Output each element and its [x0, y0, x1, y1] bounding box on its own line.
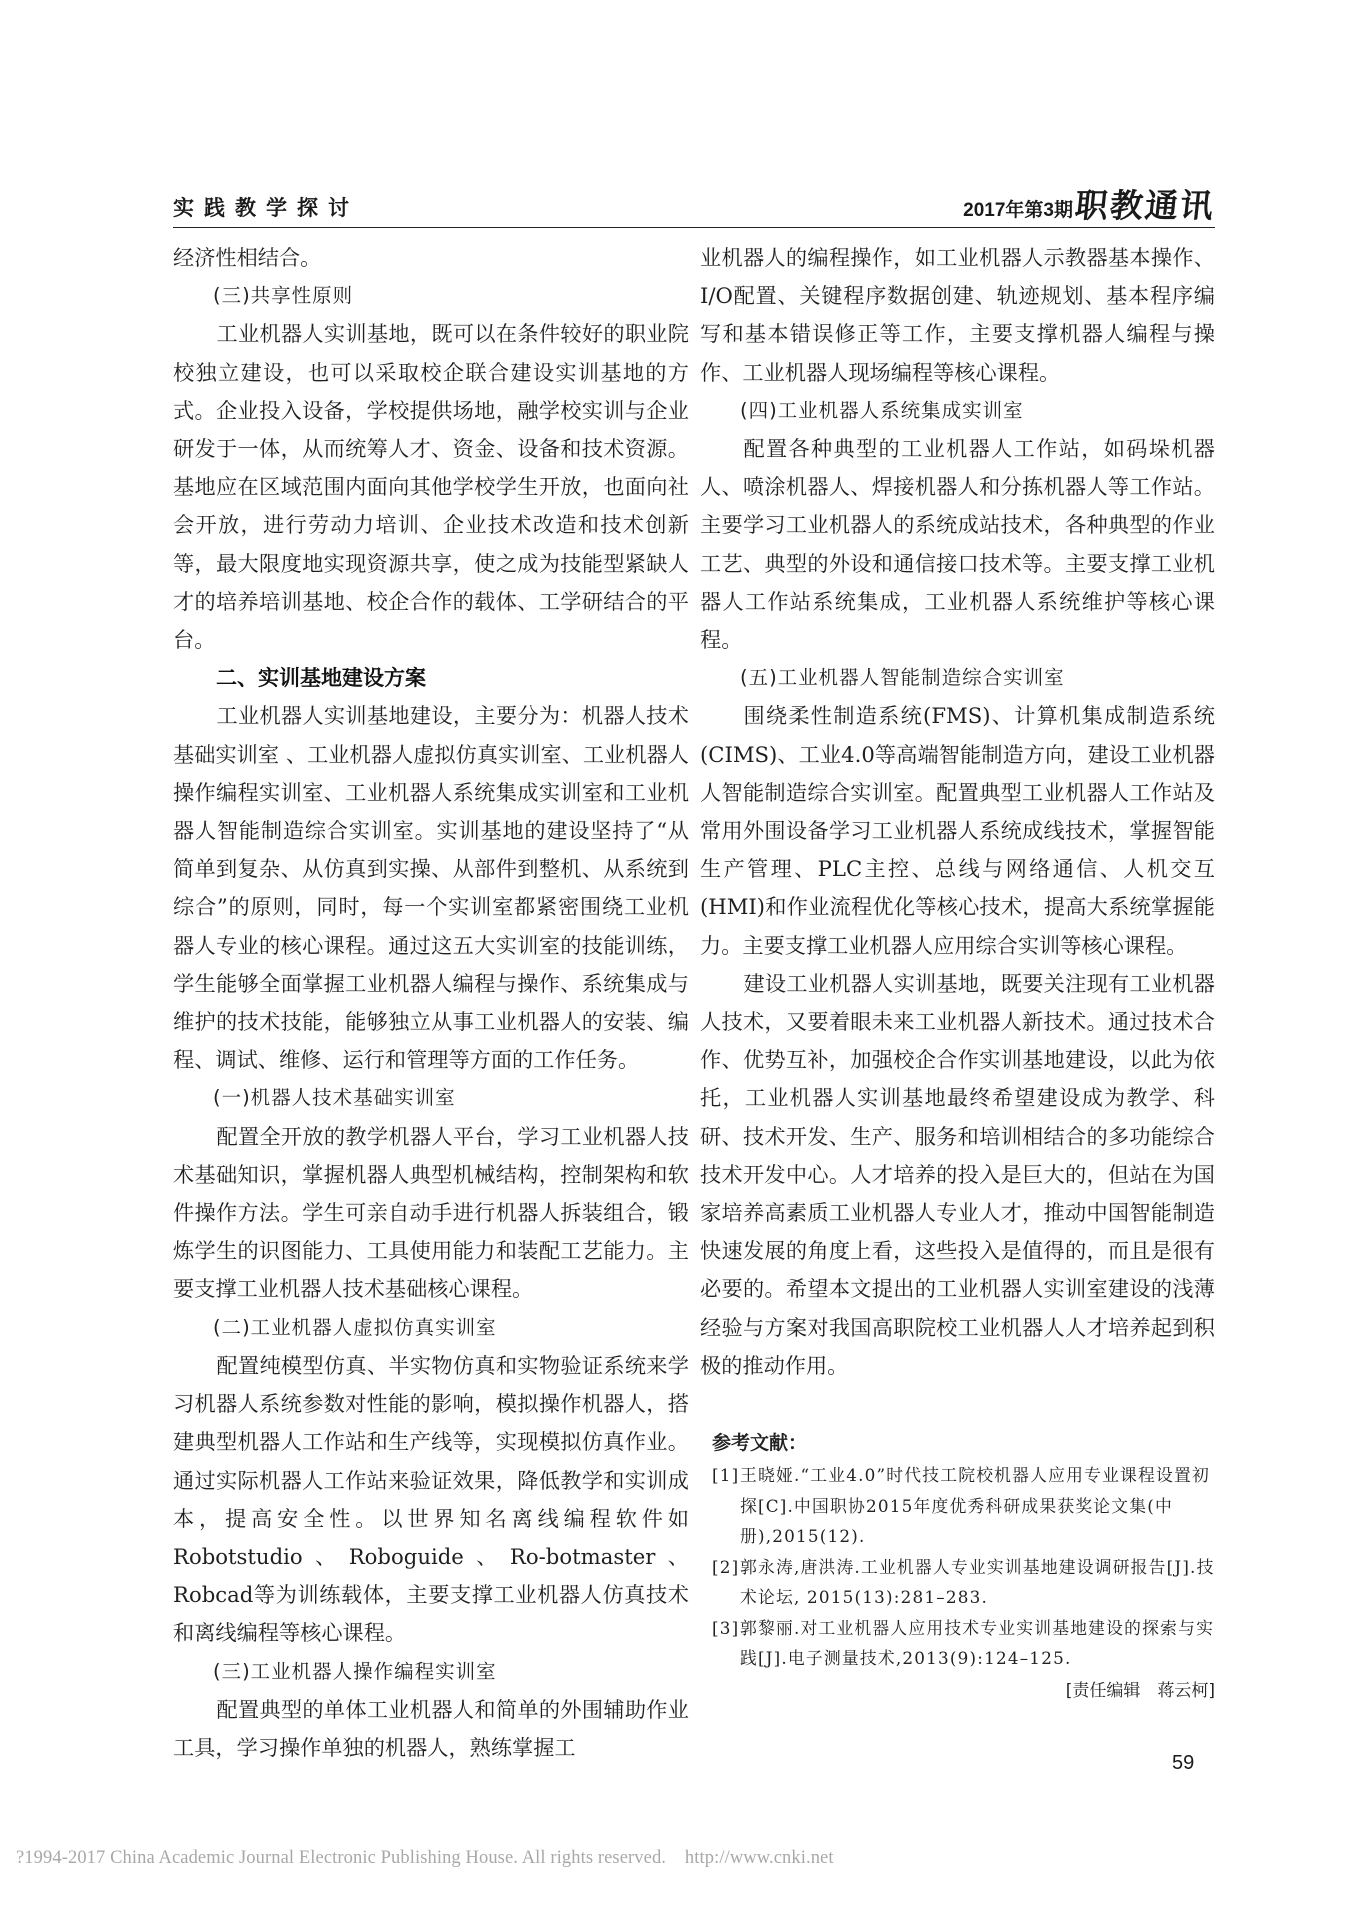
issue-info: 2017年第3期 职教通讯 [963, 188, 1215, 224]
subheading-lab5: (五)工业机器人智能制造综合实训室 [700, 659, 1215, 697]
subheading-shared-principle: (三)共享性原则 [173, 277, 689, 315]
paragraph: 配置典型的单体工业机器人和简单的外围辅助作业工具，学习操作单独的机器人，熟练掌握… [173, 1691, 689, 1767]
paragraph: 经济性相结合。 [173, 239, 689, 277]
copyright-notice: ?1994-2017 China Academic Journal Electr… [16, 1848, 834, 1869]
references: 参考文献： [1] 王晓娅.“工业4.0”时代技工院校机器人应用专业课程设置初探… [712, 1428, 1215, 1706]
right-column: 业机器人的编程操作，如工业机器人示教器基本操作、I/O配置、关键程序数据创建、轨… [700, 239, 1215, 1385]
section-name: 实践教学探讨 [173, 192, 359, 222]
responsible-editor: [责任编辑 蒋云柯] [712, 1676, 1215, 1706]
issue-number: 2017年第3期 [963, 195, 1073, 224]
subheading-lab1: (一)机器人技术基础实训室 [173, 1079, 689, 1117]
subheading-lab4: (四)工业机器人系统集成实训室 [700, 392, 1215, 430]
paragraph: 工业机器人实训基地，既可以在条件较好的职业院校独立建设，也可以采取校企联合建设实… [173, 315, 689, 659]
paragraph: 工业机器人实训基地建设，主要分为：机器人技术基础实训室 、工业机器人虚拟仿真实训… [173, 697, 689, 1079]
running-header: 实践教学探讨 2017年第3期 职教通讯 [173, 192, 1215, 226]
reference-item: [3] 郭黎丽.对工业机器人应用技术专业实训基地建设的探索与实践[J].电子测量… [712, 1613, 1215, 1674]
paragraph: 配置全开放的教学机器人平台，学习工业机器人技术基础知识，掌握机器人典型机械结构，… [173, 1118, 689, 1309]
reference-number: [3] [712, 1613, 740, 1674]
reference-text: 郭永涛,唐洪涛.工业机器人专业实训基地建设调研报告[J].技术论坛, 2015(… [740, 1552, 1215, 1613]
reference-text: 郭黎丽.对工业机器人应用技术专业实训基地建设的探索与实践[J].电子测量技术,2… [740, 1613, 1215, 1674]
journal-page: 实践教学探讨 2017年第3期 职教通讯 经济性相结合。 (三)共享性原则 工业… [0, 0, 1361, 1909]
paragraph: 配置各种典型的工业机器人工作站，如码垛机器人、喷涂机器人、焊接机器人和分拣机器人… [700, 430, 1215, 659]
subheading-lab3: (三)工业机器人操作编程实训室 [173, 1653, 689, 1691]
paragraph: 配置纯模型仿真、半实物仿真和实物验证系统来学习机器人系统参数对性能的影响，模拟操… [173, 1347, 689, 1653]
paragraph: 建设工业机器人实训基地，既要关注现有工业机器人技术，又要着眼未来工业机器人新技术… [700, 965, 1215, 1385]
journal-logo: 职教通讯 [1073, 188, 1217, 224]
subheading-lab2: (二)工业机器人虚拟仿真实训室 [173, 1309, 689, 1347]
left-column: 经济性相结合。 (三)共享性原则 工业机器人实训基地，既可以在条件较好的职业院校… [173, 239, 689, 1767]
reference-number: [2] [712, 1552, 740, 1613]
reference-number: [1] [712, 1460, 740, 1552]
reference-item: [1] 王晓娅.“工业4.0”时代技工院校机器人应用专业课程设置初探[C].中国… [712, 1460, 1215, 1552]
paragraph: 业机器人的编程操作，如工业机器人示教器基本操作、I/O配置、关键程序数据创建、轨… [700, 239, 1215, 392]
page-number: 59 [1172, 1752, 1194, 1775]
paragraph: 围绕柔性制造系统(FMS)、计算机集成制造系统(CIMS)、工业4.0等高端智能… [700, 697, 1215, 964]
reference-item: [2] 郭永涛,唐洪涛.工业机器人专业实训基地建设调研报告[J].技术论坛, 2… [712, 1552, 1215, 1613]
references-title: 参考文献： [712, 1428, 1215, 1458]
header-divider [173, 227, 1215, 228]
reference-text: 王晓娅.“工业4.0”时代技工院校机器人应用专业课程设置初探[C].中国职协20… [740, 1460, 1215, 1552]
section-heading: 二、实训基地建设方案 [173, 659, 689, 697]
